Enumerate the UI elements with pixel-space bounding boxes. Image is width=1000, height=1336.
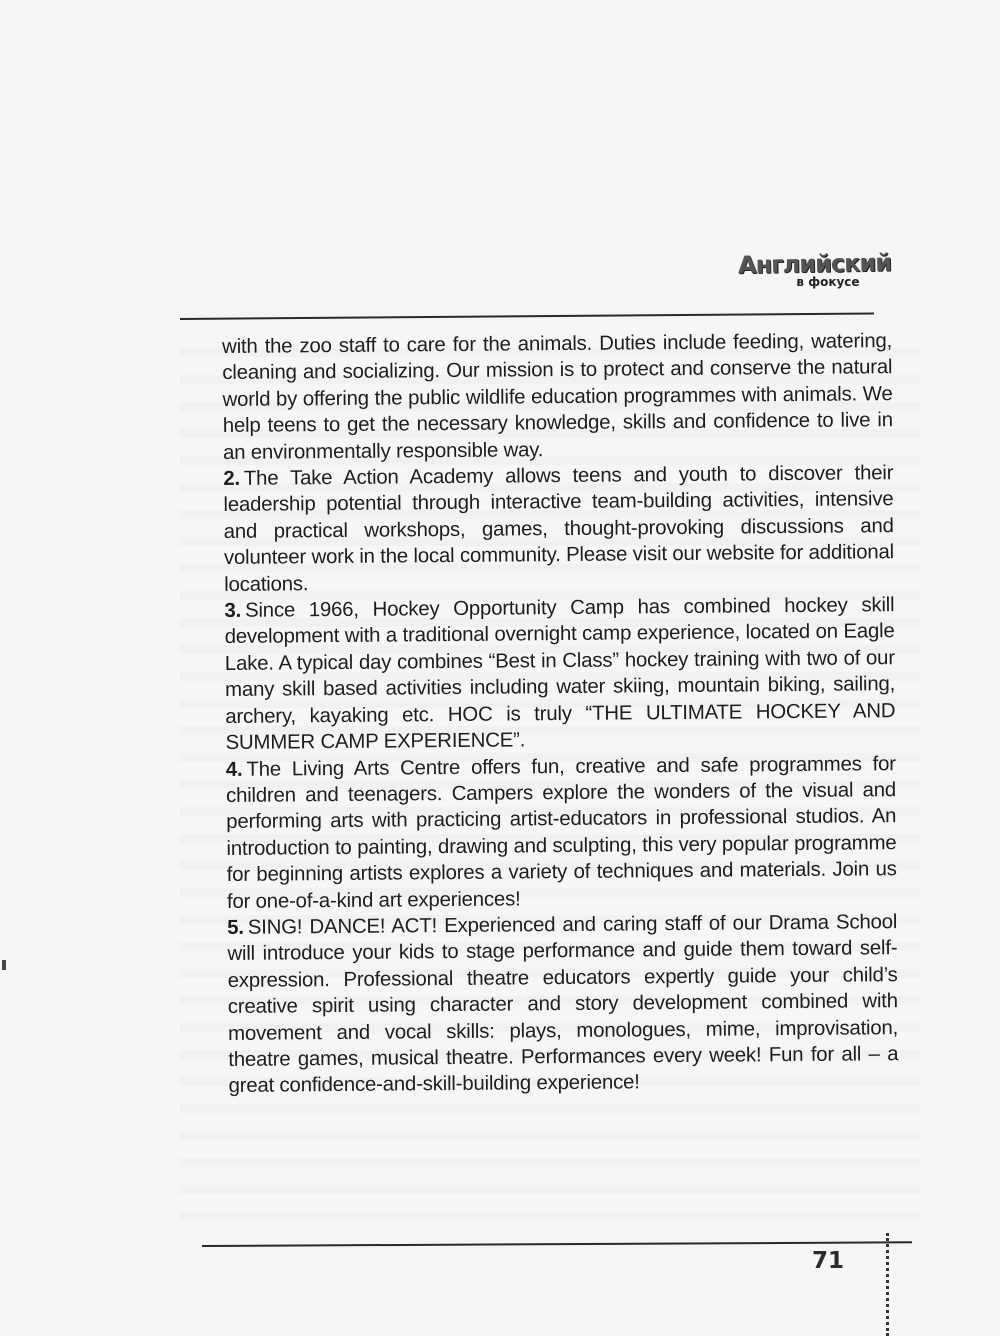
item-paragraph-4: 4.The Living Arts Centre offers fun, cre… — [226, 751, 897, 915]
item-text: SING! DANCE! ACT! Experienced and caring… — [227, 911, 898, 1097]
intro-paragraph: with the zoo staff to care for the anima… — [222, 328, 893, 466]
item-number: 3. — [224, 600, 241, 622]
item-paragraph-2: 2.The Take Action Academy allows teens a… — [223, 460, 894, 598]
item-text: Since 1966, Hockey Opportunity Camp has … — [225, 594, 896, 754]
scan-mark — [2, 960, 6, 970]
item-number: 4. — [226, 758, 243, 780]
logo-title: Английский — [738, 249, 878, 279]
item-number: 2. — [223, 468, 240, 490]
item-paragraph-3: 3.Since 1966, Hockey Opportunity Camp ha… — [224, 592, 895, 756]
cut-line — [886, 1233, 889, 1336]
page-body: with the zoo staff to care for the anima… — [222, 328, 899, 1100]
series-logo: Английский в фокусе — [738, 250, 878, 289]
item-number: 5. — [227, 917, 244, 939]
footer-rule — [202, 1241, 912, 1247]
item-paragraph-5: 5.SING! DANCE! ACT! Experienced and cari… — [227, 909, 899, 1100]
page-number: 71 — [812, 1248, 844, 1274]
item-text: The Take Action Academy allows teens and… — [223, 462, 894, 595]
header-rule — [180, 313, 874, 320]
item-text: The Living Arts Centre offers fun, creat… — [226, 753, 897, 913]
